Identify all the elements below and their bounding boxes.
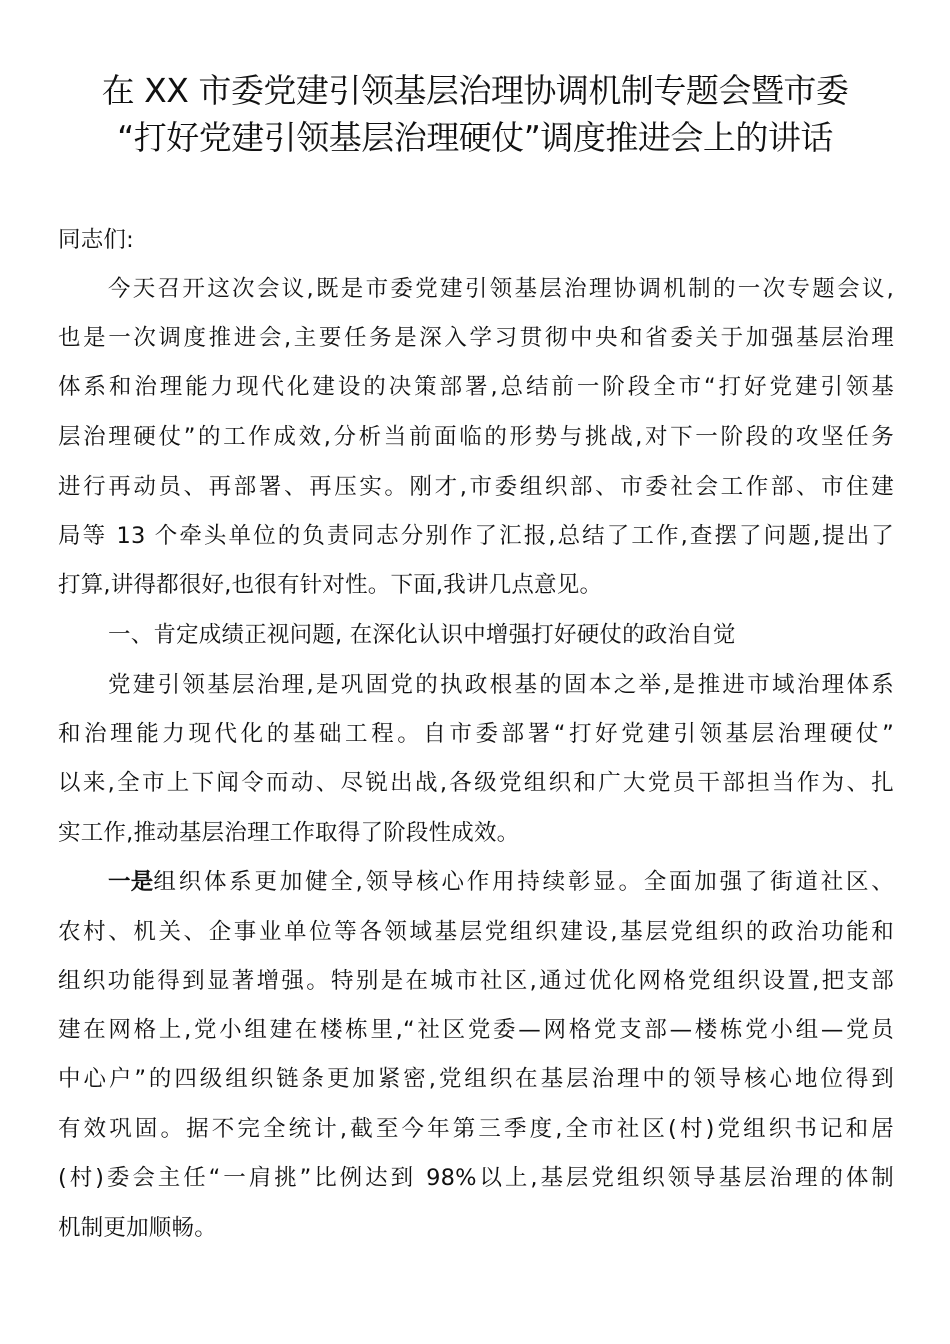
paragraph-1-line-7: 打算,讲得都很好,也很有针对性。下面,我讲几点意见。 [58,570,894,600]
salutation: 同志们: [58,225,894,255]
paragraph-2-line-2: 和治理能力现代化的基础工程。自市委部署“打好党建引领基层治理硬仗” [58,719,894,749]
paragraph-1-line-2: 也是一次调度推进会,主要任务是深入学习贯彻中央和省委关于加强基层治理 [58,323,894,353]
paragraph-3-line-8: 机制更加顺畅。 [58,1213,894,1243]
paragraph-3-line-1: 一是 组织体系更加健全,领导核心作用持续彰显。全面加强了街道社区、 [108,867,894,897]
paragraph-1-line-3: 体系和治理能力现代化建设的决策部署,总结前一阶段全市“打好党建引领基 [58,372,894,402]
paragraph-3-line-7: (村)委会主任“一肩挑”比例达到 98%以上,基层党组织领导基层治理的体制 [58,1163,894,1193]
document-title-line-1: 在 XX 市委党建引领基层治理协调机制专题会暨市委 [0,66,950,116]
paragraph-3-lead-bold: 一是 [108,867,153,897]
paragraph-3-line-5: 中心户”的四级组织链条更加紧密,党组织在基层治理中的领导核心地位得到 [58,1064,894,1094]
paragraph-1-line-6: 局等 13 个牵头单位的负责同志分别作了汇报,总结了工作,查摆了问题,提出了 [58,521,894,551]
paragraph-2-line-3: 以来,全市上下闻令而动、尽锐出战,各级党组织和广大党员干部担当作为、扎 [58,768,894,798]
document-title-line-2: “打好党建引领基层治理硬仗”调度推进会上的讲话 [0,113,950,163]
paragraph-1-line-5: 进行再动员、再部署、再压实。刚才,市委组织部、市委社会工作部、市住建 [58,472,894,502]
paragraph-1-line-1: 今天召开这次会议,既是市委党建引领基层治理协调机制的一次专题会议, [108,274,894,304]
section-heading-1: 一、肯定成绩正视问题, 在深化认识中增强打好硬仗的政治自觉 [108,620,894,650]
paragraph-2-line-1: 党建引领基层治理,是巩固党的执政根基的固本之举,是推进市域治理体系 [108,670,894,700]
paragraph-2-line-4: 实工作,推动基层治理工作取得了阶段性成效。 [58,818,894,848]
paragraph-3-line-2: 农村、机关、企事业单位等各领域基层党组织建设,基层党组织的政治功能和 [58,917,894,947]
paragraph-1-line-4: 层治理硬仗”的工作成效,分析当前面临的形势与挑战,对下一阶段的攻坚任务 [58,422,894,452]
paragraph-3-line-6: 有效巩固。据不完全统计,截至今年第三季度,全市社区(村)党组织书记和居 [58,1114,894,1144]
document-page: 在 XX 市委党建引领基层治理协调机制专题会暨市委 “打好党建引领基层治理硬仗”… [0,0,950,1344]
paragraph-3-line-3: 组织功能得到显著增强。特别是在城市社区,通过优化网格党组织设置,把支部 [58,966,894,996]
paragraph-3-line-1-text: 组织体系更加健全,领导核心作用持续彰显。全面加强了街道社区、 [153,867,894,897]
paragraph-3-line-4: 建在网格上,党小组建在楼栋里,“社区党委—网格党支部—楼栋党小组—党员 [58,1015,894,1045]
